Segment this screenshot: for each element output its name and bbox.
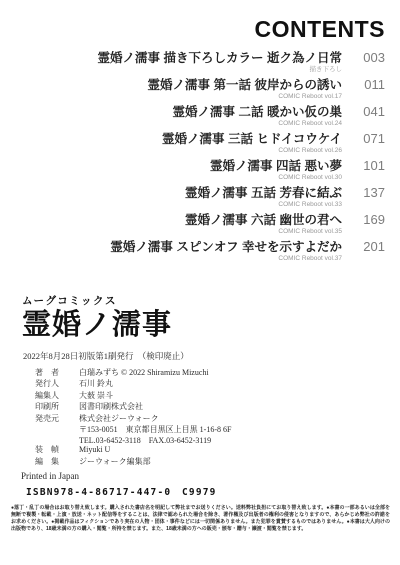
toc-entry-source: COMIC Reboot vol.26	[162, 147, 342, 154]
toc-entry-title: 霊婚ノ濡事 スピンオフ 幸せを示すよだか	[110, 240, 342, 254]
staff-row: 編 集ジーウォーク編集部	[35, 456, 151, 468]
colophon-row: 発行人石川 鈴丸	[35, 378, 231, 389]
colophon-value: 株式会社ジーウォーク	[79, 414, 159, 423]
toc-entry-title: 霊婚ノ濡事 四話 悪い夢	[210, 159, 342, 173]
toc-entry-title: 霊婚ノ濡事 六話 幽世の君へ	[185, 213, 342, 227]
toc-entry: 霊婚ノ濡事 描き下ろしカラー 逝ク為ノ日常 描き下ろし 003	[17, 51, 385, 73]
toc-entry-page-number: 169	[355, 213, 385, 227]
colophon-row: 編集人大薮 崇斗	[35, 390, 231, 401]
colophon-value: 石川 鈴丸	[79, 379, 113, 388]
toc-entry: 霊婚ノ濡事 三話 ヒドイコウケイ COMIC Reboot vol.26 071	[17, 132, 385, 154]
staff-value: ジーウォーク編集部	[79, 457, 151, 466]
colophon-label: 印刷所	[35, 401, 69, 412]
toc-entry-title: 霊婚ノ濡事 五話 芳春に結ぶ	[185, 186, 342, 200]
toc-entry: 霊婚ノ濡事 四話 悪い夢 COMIC Reboot vol.30 101	[17, 159, 385, 181]
colophon-value: 大薮 崇斗	[79, 391, 113, 400]
toc-entry-page-number: 011	[355, 78, 385, 92]
book-contents-page: CONTENTS 霊婚ノ濡事 描き下ろしカラー 逝ク為ノ日常 描き下ろし 003…	[0, 0, 400, 565]
toc-entry: 霊婚ノ濡事 五話 芳春に結ぶ COMIC Reboot vol.33 137	[17, 186, 385, 208]
toc-entry-title: 霊婚ノ濡事 第一話 彼岸からの誘い	[148, 78, 342, 92]
table-of-contents: 霊婚ノ濡事 描き下ろしカラー 逝ク為ノ日常 描き下ろし 003 霊婚ノ濡事 第一…	[17, 51, 385, 267]
colophon-row: 印刷所図書印刷株式会社	[35, 401, 231, 412]
imprint-label: ムーグコミックス	[22, 293, 172, 308]
toc-entry-page-number: 201	[355, 240, 385, 254]
colophon-label: 編集人	[35, 390, 69, 401]
colophon-label: 発行人	[35, 378, 69, 389]
colophon-row: 発売元株式会社ジーウォーク	[35, 413, 231, 424]
toc-entry-page-number: 003	[355, 51, 385, 65]
toc-entry-source: COMIC Reboot vol.24	[173, 120, 342, 127]
page-title: CONTENTS	[255, 16, 386, 43]
toc-entry-source: COMIC Reboot vol.33	[185, 201, 342, 208]
colophon-label: 著 者	[35, 367, 69, 378]
edition-line: 2022年8月28日初版第1刷発行 （検印廃止）	[23, 350, 189, 362]
toc-entry-source: 描き下ろし	[98, 66, 342, 73]
toc-entry-title: 霊婚ノ濡事 二話 暖かい仮の巣	[173, 105, 342, 119]
book-title: 霊婚ノ濡事	[22, 309, 172, 341]
colophon-value: 白瑞みずち © 2022 Shiramizu Mizuchi	[79, 368, 209, 377]
toc-entry: 霊婚ノ濡事 スピンオフ 幸せを示すよだか COMIC Reboot vol.37…	[17, 240, 385, 262]
toc-entry-source: COMIC Reboot vol.35	[185, 228, 342, 235]
colophon-block: 著 者白瑞みずち © 2022 Shiramizu Mizuchi 発行人石川 …	[35, 367, 231, 447]
toc-entry: 霊婚ノ濡事 二話 暖かい仮の巣 COMIC Reboot vol.24 041	[17, 105, 385, 127]
legal-fine-print: ●落丁・乱丁の場合はお取り替え致します。購入された書店名を明記して弊社までお送り…	[11, 505, 390, 533]
toc-entry-source: COMIC Reboot vol.37	[110, 255, 342, 262]
publisher-address: 〒153-0051 東京都目黒区上目黒 1-16-8 6F	[79, 424, 231, 435]
staff-row: 装 幀Miyuki U	[35, 444, 151, 456]
colophon-label: 発売元	[35, 413, 69, 424]
toc-entry-page-number: 071	[355, 132, 385, 146]
toc-entry: 霊婚ノ濡事 六話 幽世の君へ COMIC Reboot vol.35 169	[17, 213, 385, 235]
colophon-row: 著 者白瑞みずち © 2022 Shiramizu Mizuchi	[35, 367, 231, 378]
toc-entry-page-number: 101	[355, 159, 385, 173]
printed-in-japan: Printed in Japan	[21, 471, 79, 481]
toc-entry-source: COMIC Reboot vol.30	[210, 174, 342, 181]
staff-label: 装 幀	[35, 444, 69, 456]
staff-credits: 装 幀Miyuki U 編 集ジーウォーク編集部	[35, 444, 151, 468]
toc-entry: 霊婚ノ濡事 第一話 彼岸からの誘い COMIC Reboot vol.17 01…	[17, 78, 385, 100]
toc-entry-page-number: 041	[355, 105, 385, 119]
staff-value: Miyuki U	[79, 445, 110, 454]
toc-entry-page-number: 137	[355, 186, 385, 200]
toc-entry-source: COMIC Reboot vol.17	[148, 93, 342, 100]
colophon-value: 図書印刷株式会社	[79, 402, 143, 411]
isbn-code: ISBN978-4-86717-447-0 C9979	[26, 484, 217, 498]
toc-entry-title: 霊婚ノ濡事 描き下ろしカラー 逝ク為ノ日常	[98, 51, 342, 65]
toc-entry-title: 霊婚ノ濡事 三話 ヒドイコウケイ	[162, 132, 342, 146]
staff-label: 編 集	[35, 456, 69, 468]
book-title-block: ムーグコミックス 霊婚ノ濡事	[22, 293, 172, 341]
